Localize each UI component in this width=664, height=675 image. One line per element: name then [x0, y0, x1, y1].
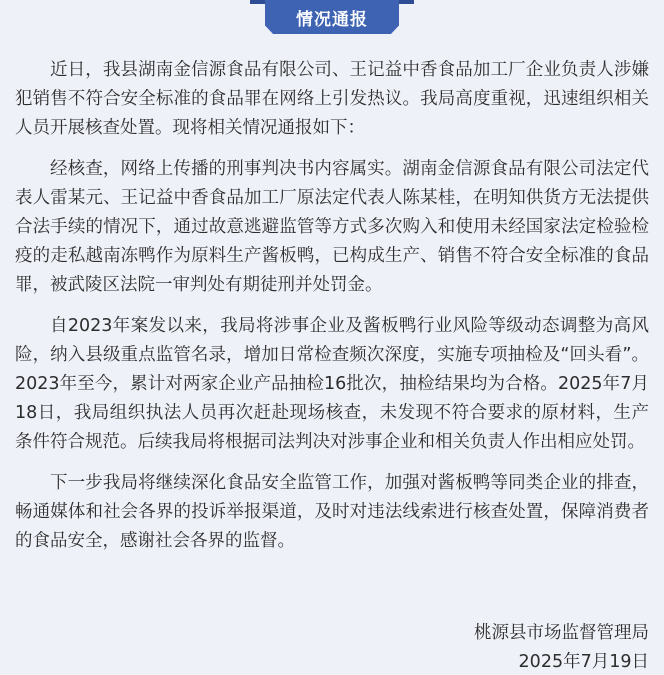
notice-body: 近日，我县湖南金信源食品有限公司、王记益中香食品加工厂企业负责人涉嫌犯销售不符合… [15, 56, 649, 568]
issuing-organization: 桃源县市场监督管理局 [474, 619, 649, 648]
page-title: 情况通报 [296, 5, 368, 30]
paragraph-regulatory-actions: 自2023年案发以来，我局将涉事企业及酱板鸭行业风险等级动态调整为高风险，纳入县… [15, 312, 649, 457]
header-banner: 情况通报 [0, 0, 664, 36]
paragraph-next-steps: 下一步我局将继续深化食品安全监管工作，加强对酱板鸭等同类企业的排查，畅通媒体和社… [15, 469, 649, 556]
title-badge: 情况通报 [265, 0, 399, 34]
paragraph-intro: 近日，我县湖南金信源食品有限公司、王记益中香食品加工厂企业负责人涉嫌犯销售不符合… [15, 56, 649, 143]
paragraph-findings: 经核查，网络上传播的刑事判决书内容属实。湖南金信源食品有限公司法定代表人雷某元、… [15, 155, 649, 300]
signature-block: 桃源县市场监督管理局 2025年7月19日 [474, 619, 649, 675]
issue-date: 2025年7月19日 [474, 648, 649, 675]
